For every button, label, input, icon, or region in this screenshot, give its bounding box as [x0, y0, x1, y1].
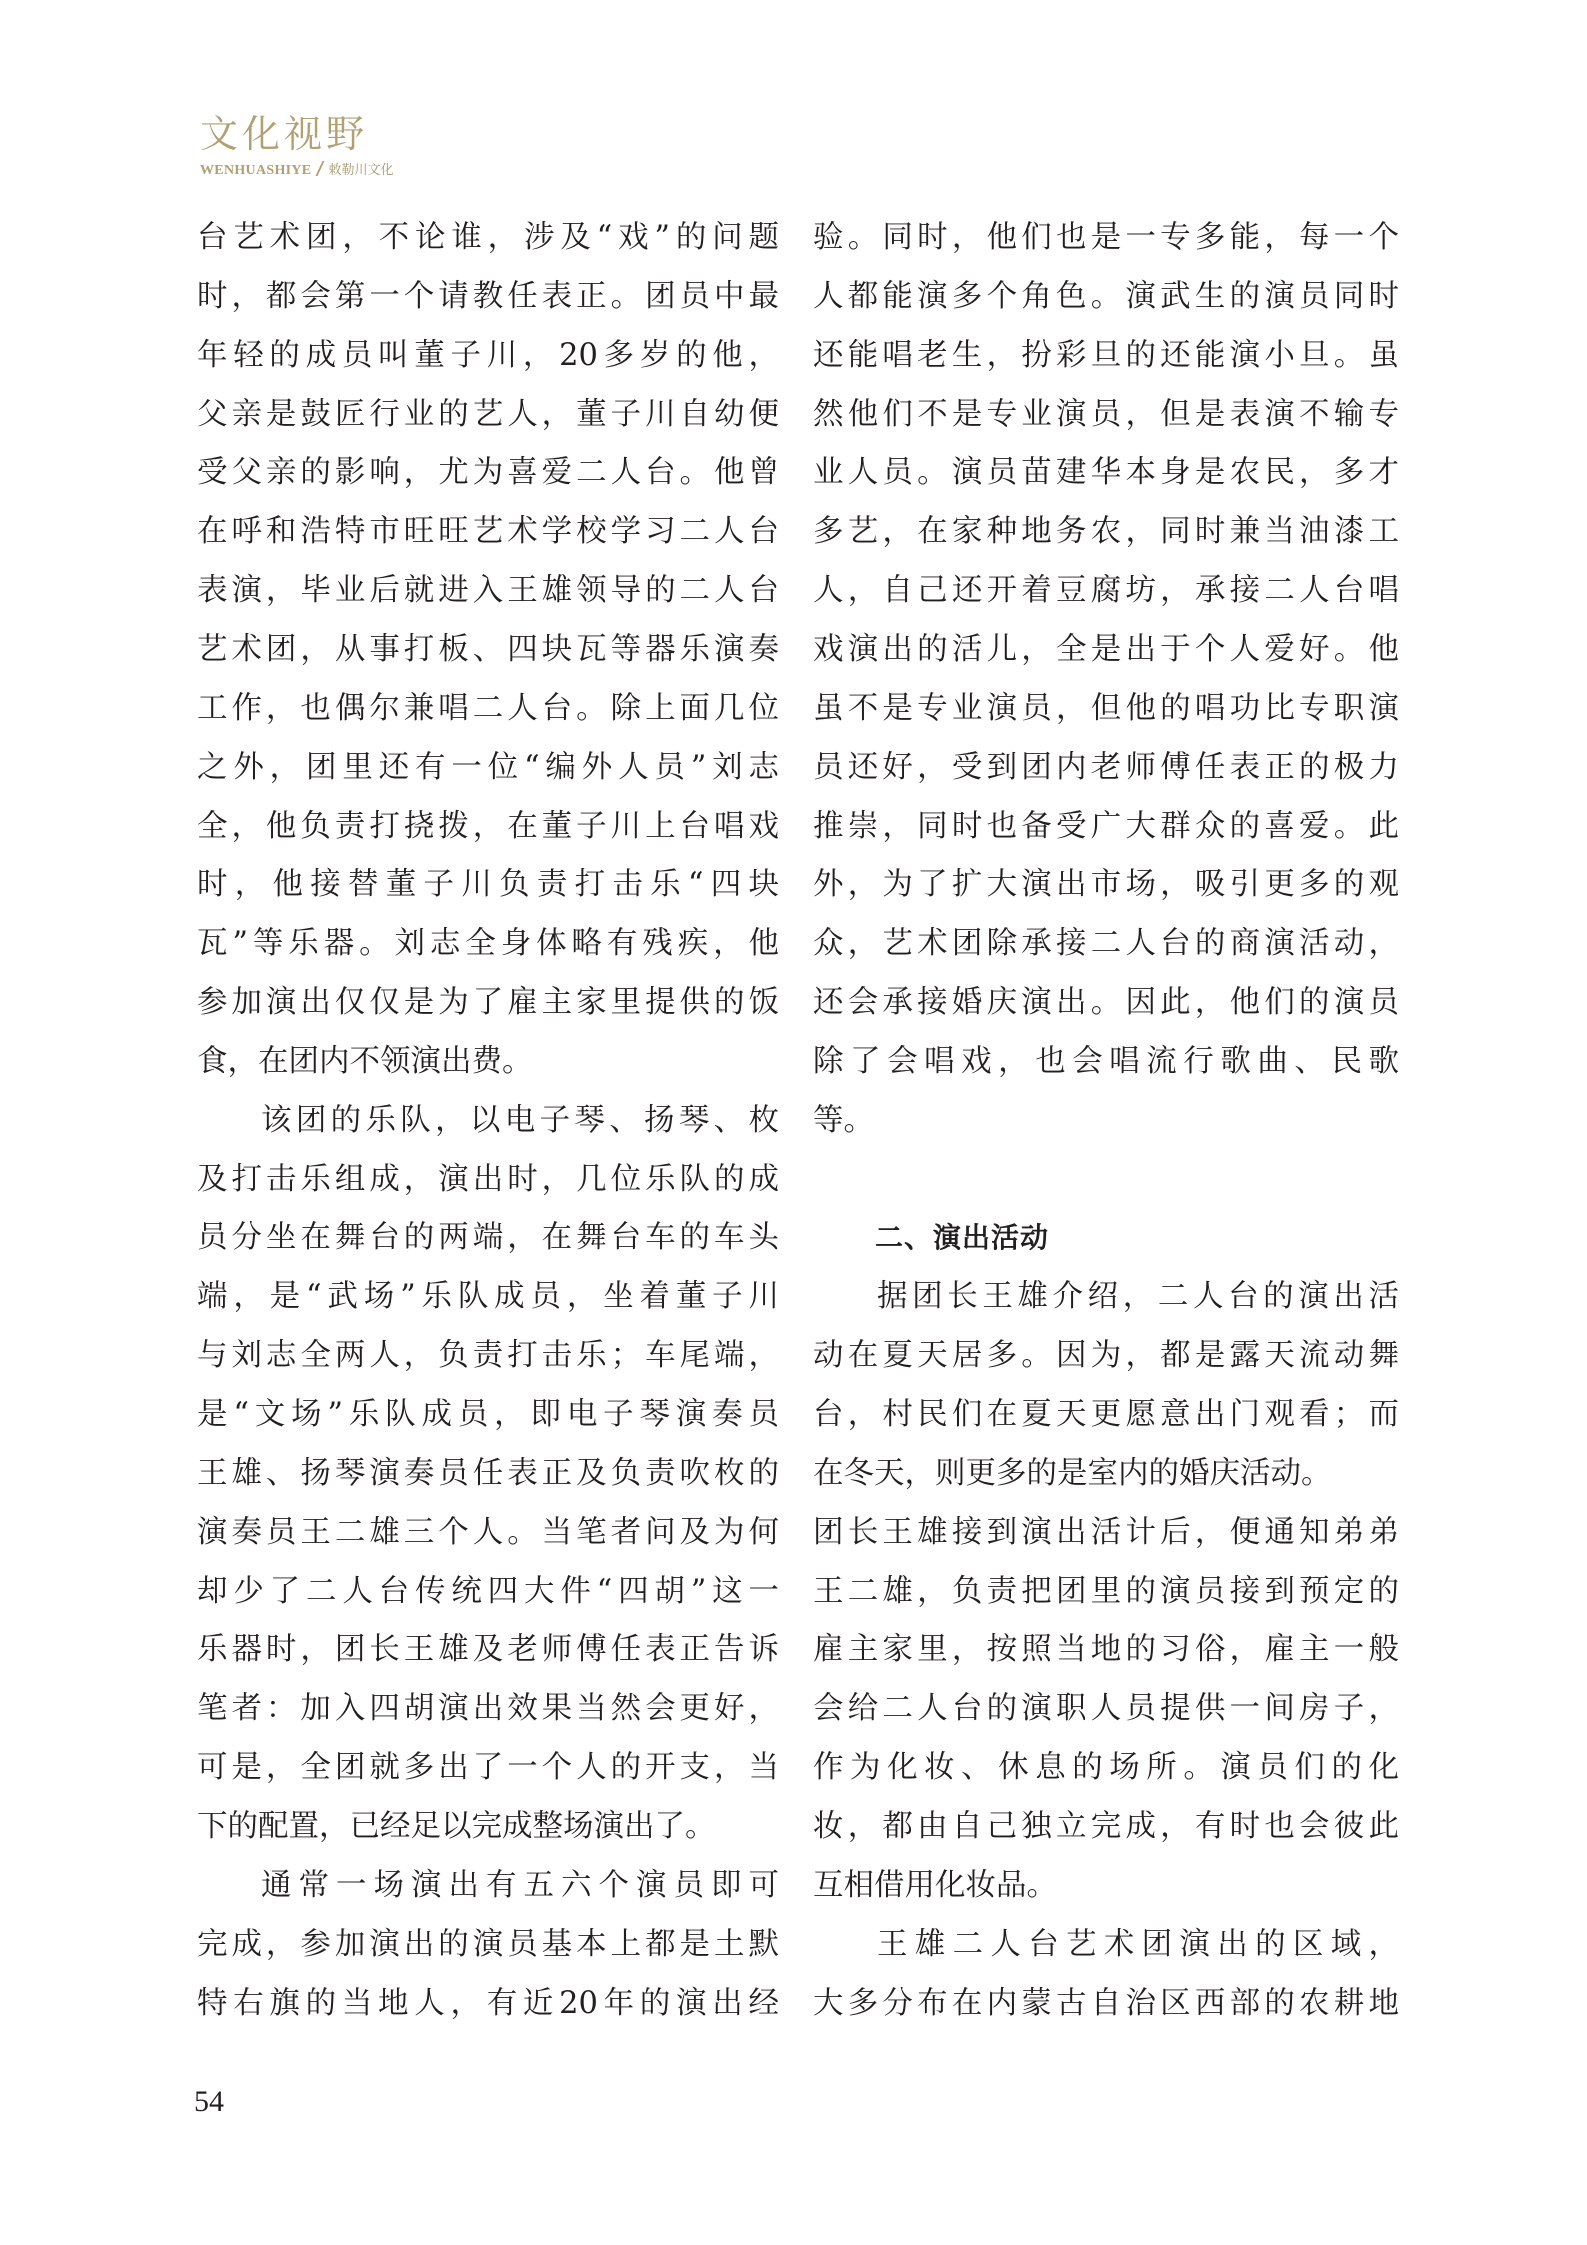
text-line: 在冬天，则更多的是室内的婚庆活动。: [813, 1454, 1399, 1494]
text-line: 及打击乐组成，演出时，几位乐队的成: [197, 1160, 779, 1200]
text-line: 王二雄，负责把团里的演员接到预定的: [813, 1572, 1399, 1612]
text-line: 时，都会第一个请教任表正。团员中最: [197, 277, 779, 317]
text-line: 然他们不是专业演员，但是表演不输专: [813, 395, 1399, 435]
text-line: 验。同时，他们也是一专多能，每一个: [813, 218, 1399, 258]
text-line: 完成，参加演出的演员基本上都是土默: [197, 1925, 779, 1965]
text-line: 据团长王雄介绍，二人台的演出活: [813, 1277, 1399, 1317]
text-line: 受父亲的影响，尤为喜爱二人台。他曾: [197, 453, 779, 493]
text-line: 年轻的成员叫董子川，20多岁的他，: [197, 336, 779, 376]
text-line: 工作，也偶尔兼唱二人台。除上面几位: [197, 689, 779, 729]
text-line: 下的配置，已经足以完成整场演出了。: [197, 1807, 779, 1847]
masthead-subtitle: WENHUASHIYE敕勒川文化: [200, 160, 393, 181]
text-line: 表演，毕业后就进入王雄领导的二人台: [197, 571, 779, 611]
text-line: 台，村民们在夏天更愿意出门观看；而: [813, 1395, 1399, 1435]
text-line: 艺术团，从事打板、四块瓦等器乐演奏: [197, 630, 779, 670]
text-line: 演奏员王二雄三个人。当笔者问及为何: [197, 1513, 779, 1553]
text-line: 戏演出的活儿，全是出于个人爱好。他: [813, 630, 1399, 670]
text-line: 笔者：加入四胡演出效果当然会更好，: [197, 1689, 779, 1729]
page-number: 54: [194, 2085, 224, 2119]
text-line: 全，他负责打挠拨，在董子川上台唱戏: [197, 807, 779, 847]
text-line: 雇主家里，按照当地的习俗，雇主一般: [813, 1630, 1399, 1670]
text-line: 虽不是专业演员，但他的唱功比专职演: [813, 689, 1399, 729]
column-name: 敕勒川文化: [328, 163, 393, 178]
text-line: 通常一场演出有五六个演员即可: [197, 1866, 779, 1906]
text-line: 推崇，同时也备受广大群众的喜爱。此: [813, 807, 1399, 847]
text-line: 父亲是鼓匠行业的艺人，董子川自幼便: [197, 395, 779, 435]
text-line: 大多分布在内蒙古自治区西部的农耕地: [813, 1984, 1399, 2024]
section-masthead: 文化视野 WENHUASHIYE敕勒川文化: [200, 112, 368, 156]
text-line: 食，在团内不领演出费。: [197, 1042, 779, 1082]
text-line: 除了会唱戏，也会唱流行歌曲、民歌: [813, 1042, 1399, 1082]
text-line: 参加演出仅仅是为了雇主家里提供的饭: [197, 983, 779, 1023]
text-line: 之外，团里还有一位“编外人员”刘志: [197, 748, 779, 788]
text-line: 动在夏天居多。因为，都是露天流动舞: [813, 1336, 1399, 1376]
text-line: 业人员。演员苗建华本身是农民，多才: [813, 453, 1399, 493]
text-line: 还能唱老生，扮彩旦的还能演小旦。虽: [813, 336, 1399, 376]
text-line: 台艺术团，不论谁，涉及“戏”的问题: [197, 218, 779, 258]
text-line: 可是，全团就多出了一个人的开支，当: [197, 1748, 779, 1788]
text-line: 员分坐在舞台的两端，在舞台车的车头: [197, 1218, 779, 1258]
section-title-pinyin: WENHUASHIYE: [200, 163, 311, 178]
text-line: 会给二人台的演职人员提供一间房子，: [813, 1689, 1399, 1729]
text-line: 众，艺术团除承接二人台的商演活动，: [813, 924, 1399, 964]
text-line: 与刘志全两人，负责打击乐；车尾端，: [197, 1336, 779, 1376]
text-line: 外，为了扩大演出市场，吸引更多的观: [813, 865, 1399, 905]
text-line: 作为化妆、休息的场所。演员们的化: [813, 1748, 1399, 1788]
text-line: 妆，都由自己独立完成，有时也会彼此: [813, 1807, 1399, 1847]
blank-line: [813, 1160, 1399, 1200]
text-line: 等。: [813, 1101, 1399, 1141]
text-line: 人，自己还开着豆腐坊，承接二人台唱: [813, 571, 1399, 611]
text-line: 该团的乐队，以电子琴、扬琴、枚: [197, 1101, 779, 1141]
text-line: 却少了二人台传统四大件“四胡”这一: [197, 1572, 779, 1612]
text-line: 时，他接替董子川负责打击乐“四块: [197, 865, 779, 905]
text-line: 人都能演多个角色。演武生的演员同时: [813, 277, 1399, 317]
text-line: 特右旗的当地人，有近20年的演出经: [197, 1984, 779, 2024]
text-line: 多艺，在家种地务农，同时兼当油漆工: [813, 512, 1399, 552]
text-line: 团长王雄接到演出活计后，便通知弟弟: [813, 1513, 1399, 1553]
section-heading: 二、演出活动: [813, 1218, 1399, 1258]
text-line: 是“文场”乐队成员，即电子琴演奏员: [197, 1395, 779, 1435]
text-line: 还会承接婚庆演出。因此，他们的演员: [813, 983, 1399, 1023]
section-title: 文化视野: [200, 112, 368, 156]
text-line: 王雄、扬琴演奏员任表正及负责吹枚的: [197, 1454, 779, 1494]
slash-divider-icon: [316, 161, 325, 176]
text-line: 瓦”等乐器。刘志全身体略有残疾，他: [197, 924, 779, 964]
text-line: 员还好，受到团内老师傅任表正的极力: [813, 748, 1399, 788]
text-line: 乐器时，团长王雄及老师傅任表正告诉: [197, 1630, 779, 1670]
text-line: 互相借用化妆品。: [813, 1866, 1399, 1906]
text-line: 端，是“武场”乐队成员，坐着董子川: [197, 1277, 779, 1317]
text-line: 王雄二人台艺术团演出的区域，: [813, 1925, 1399, 1965]
text-line: 在呼和浩特市旺旺艺术学校学习二人台: [197, 512, 779, 552]
